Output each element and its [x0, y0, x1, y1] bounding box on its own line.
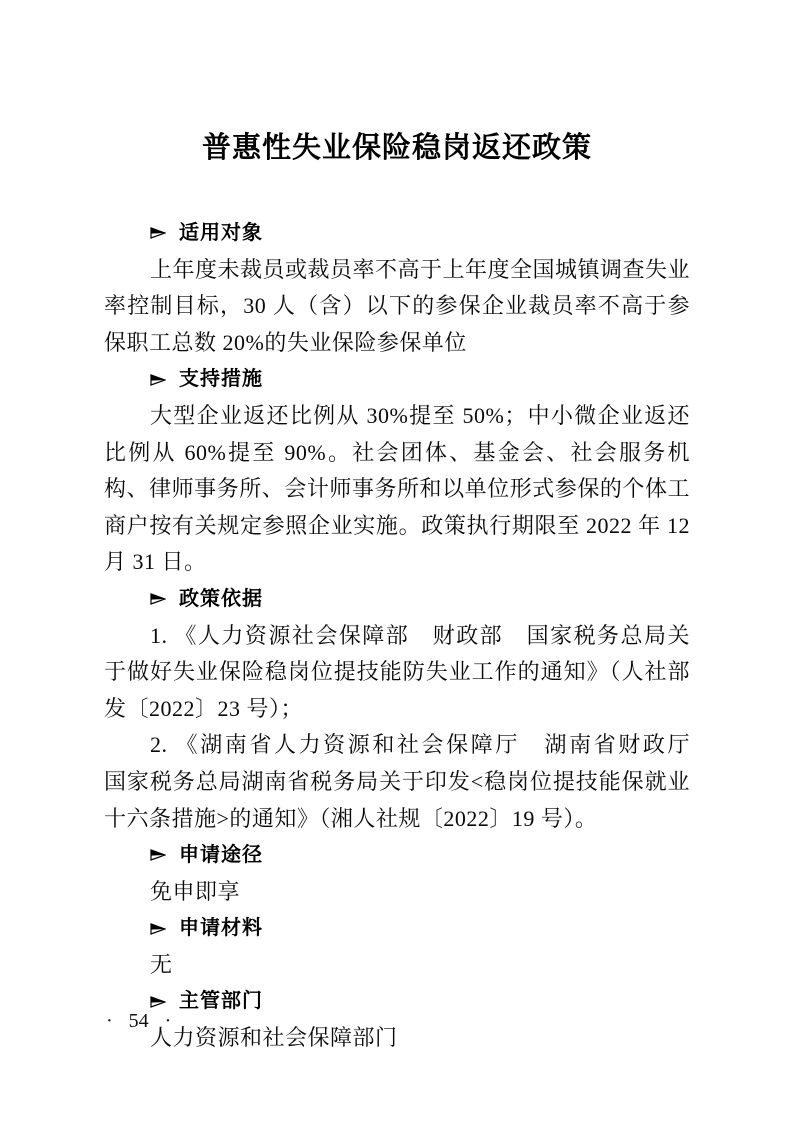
- paragraph-policy-item-1: 1. 《人力资源社会保障部 财政部 国家税务总局关于做好失业保险稳岗位提技能防失…: [104, 618, 690, 728]
- section-header-competent-department: 主管部门: [104, 983, 690, 1020]
- arrow-bullet-icon: [150, 921, 166, 937]
- section-header-application-channel: 申请途径: [104, 837, 690, 874]
- arrow-bullet-icon: [150, 225, 166, 241]
- section-label: 适用对象: [179, 215, 263, 252]
- document-title: 普惠性失业保险稳岗返还政策: [104, 129, 690, 167]
- section-label: 申请途径: [179, 837, 263, 874]
- paragraph: 人力资源和社会保障部门: [104, 1020, 690, 1057]
- arrow-bullet-icon: [150, 372, 166, 388]
- page-number-dot-right: ·: [165, 1008, 172, 1034]
- section-label: 政策依据: [179, 581, 263, 618]
- page-number: · 54 ·: [106, 1008, 171, 1034]
- section-header-policy-basis: 政策依据: [104, 581, 690, 618]
- document-page: 普惠性失业保险稳岗返还政策 适用对象 上年度未裁员或裁员率不高于上年度全国城镇调…: [0, 0, 793, 1122]
- section-header-support-measures: 支持措施: [104, 361, 690, 398]
- document-body: 适用对象 上年度未裁员或裁员率不高于上年度全国城镇调查失业率控制目标，30 人（…: [104, 215, 690, 1057]
- section-header-application-materials: 申请材料: [104, 910, 690, 947]
- page-number-value: 54: [129, 1008, 149, 1034]
- paragraph-policy-item-2: 2. 《湖南省人力资源和社会保障厅 湖南省财政厅 国家税务总局湖南省税务局关于印…: [104, 727, 690, 837]
- paragraph: 上年度未裁员或裁员率不高于上年度全国城镇调查失业率控制目标，30 人（含）以下的…: [104, 252, 690, 362]
- section-label: 主管部门: [179, 983, 263, 1020]
- paragraph: 无: [104, 947, 690, 984]
- page-number-dot-left: ·: [106, 1008, 113, 1034]
- section-header-applicable-objects: 适用对象: [104, 215, 690, 252]
- paragraph: 大型企业返还比例从 30%提至 50%；中小微企业返还比例从 60%提至 90%…: [104, 398, 690, 581]
- section-label: 支持措施: [179, 361, 263, 398]
- arrow-bullet-icon: [150, 847, 166, 863]
- section-label: 申请材料: [179, 910, 263, 947]
- paragraph: 免申即享: [104, 874, 690, 911]
- arrow-bullet-icon: [150, 591, 166, 607]
